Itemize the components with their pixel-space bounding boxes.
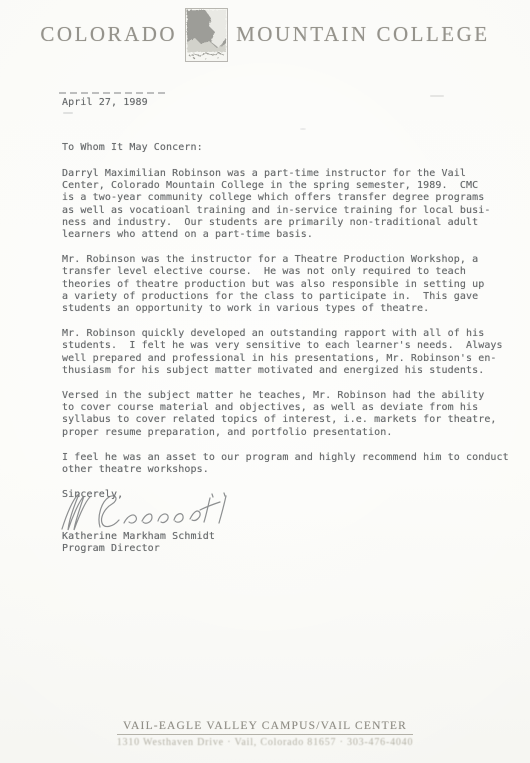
letterhead-right-text: MOUNTAIN COLLEGE — [236, 22, 490, 47]
paragraph-5: I feel he was an asset to our program an… — [62, 452, 502, 476]
footer-address-line: 1310 Westhaven Drive · Vail, Colorado 81… — [0, 737, 530, 748]
scanned-letter-page: { "letterhead": { "left": "COLORADO", "r… — [0, 0, 530, 763]
scan-speck — [430, 95, 444, 97]
footer-campus-line: VAIL-EAGLE VALLEY CAMPUS/VAIL CENTER — [117, 720, 413, 735]
signer-block: Katherine Markham Schmidt Program Direct… — [62, 531, 215, 555]
salutation: To Whom It May Concern: — [62, 142, 203, 154]
mountain-logo-icon — [185, 8, 228, 62]
paragraph-4: Versed in the subject matter he teaches,… — [62, 390, 502, 439]
signer-name: Katherine Markham Schmidt — [62, 531, 215, 543]
letter-date: April 27, 1989 — [62, 97, 148, 109]
letterhead-left-text: COLORADO — [40, 22, 177, 47]
signer-title: Program Director — [62, 543, 215, 555]
footer: VAIL-EAGLE VALLEY CAMPUS/VAIL CENTER 131… — [0, 714, 530, 748]
paragraph-3: Mr. Robinson quickly developed an outsta… — [62, 328, 502, 377]
paragraph-2: Mr. Robinson was the instructor for a Th… — [62, 254, 502, 315]
scan-speck — [300, 128, 306, 130]
handwritten-signature — [56, 489, 252, 535]
letter-body: Darryl Maximilian Robinson was a part-ti… — [62, 168, 502, 501]
scan-speck — [63, 112, 73, 114]
scan-artifact-dashes — [59, 92, 167, 94]
letterhead: COLORADO MOUNTAIN COLLEGE — [0, 6, 530, 62]
paragraph-1: Darryl Maximilian Robinson was a part-ti… — [62, 168, 502, 241]
